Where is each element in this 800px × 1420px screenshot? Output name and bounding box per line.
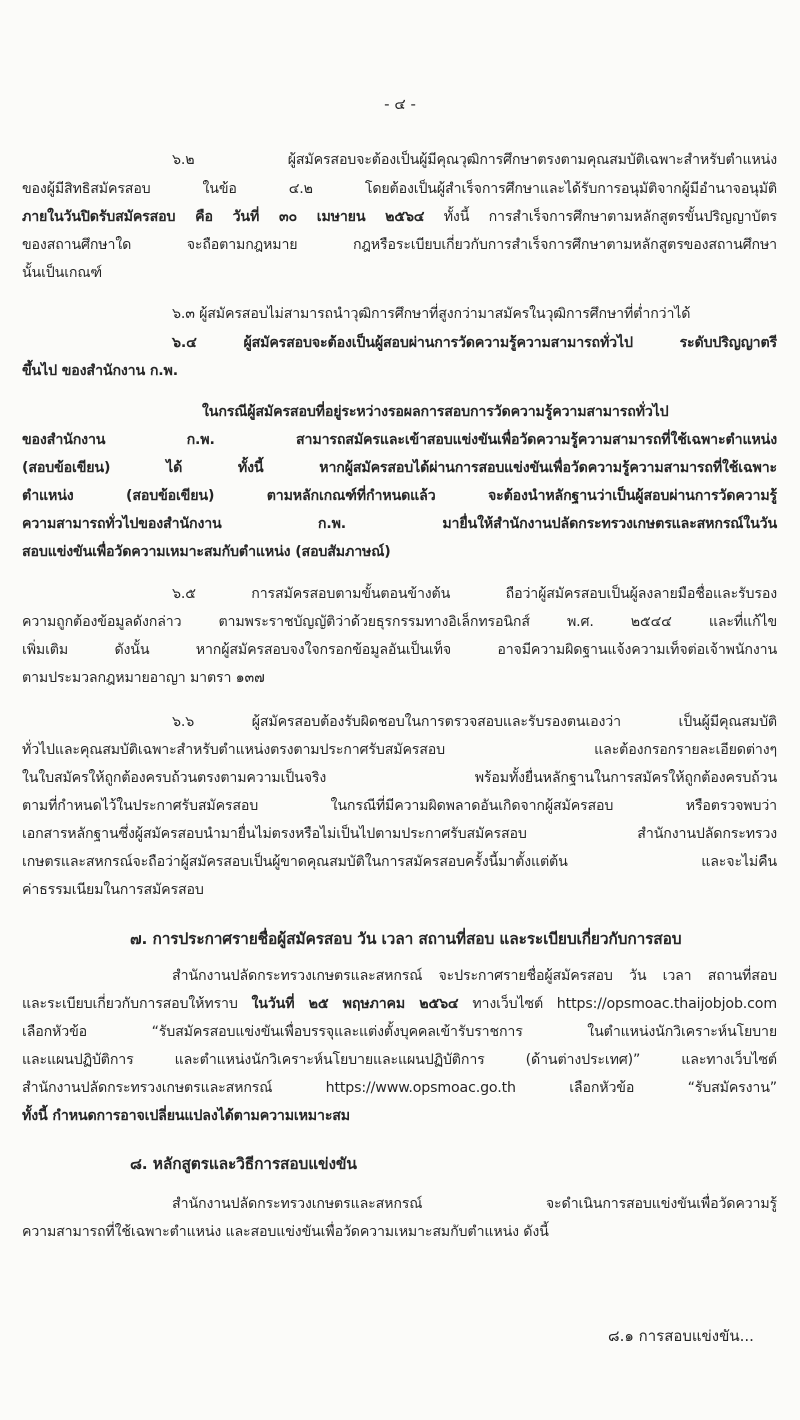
s6-4-sub-line-3: (สอบข้อเขียน) ได้ ทั้งนี้ หากผู้สมัครสอบ… (22, 454, 777, 482)
page-number: - ๔ - (0, 92, 800, 116)
s6-4-line-1: ๖.๔ ผู้สมัครสอบจะต้องเป็นผู้สอบผ่านการวั… (172, 329, 777, 357)
s6-2-line-2: ของผู้มีสิทธิสมัครสอบ ในข้อ ๔.๒ โดยต้องเ… (22, 175, 777, 203)
section-8-heading: ๘. หลักสูตรและวิธีการสอบแข่งขัน (130, 1150, 780, 1178)
announcement-date-bold: ในวันที่ ๒๕ พฤษภาคม ๒๕๖๔ (252, 996, 459, 1012)
s6-2-line-3: ภายในวันปิดรับสมัครสอบ คือ วันที่ ๓๐ เมษ… (22, 203, 777, 231)
s8-line-2: ความสามารถที่ใช้เฉพาะตำแหน่ง และสอบแข่งข… (22, 1218, 777, 1246)
s6-6-line-7: ค่าธรรมเนียมในการสมัครสอบ (22, 876, 777, 904)
deadline-bold: ภายในวันปิดรับสมัครสอบ คือ วันที่ ๓๐ เมษ… (22, 209, 424, 225)
s6-2-line-5: นั้นเป็นเกณฑ์ (22, 259, 777, 287)
s7-line-6: ทั้งนี้ กำหนดการอาจเปลี่ยนแปลงได้ตามความ… (22, 1102, 777, 1130)
s6-4-sub-line-1: ในกรณีผู้สมัครสอบที่อยู่ระหว่างรอผลการสอ… (202, 398, 777, 426)
s6-4-sub-line-5: ความสามารถทั่วไปของสำนักงาน ก.พ. มายื่นใ… (22, 510, 777, 538)
s7-line-4: และแผนปฏิบัติการ และตำแหน่งนักวิเคราะห์น… (22, 1046, 777, 1074)
s8-line-1: สำนักงานปลัดกระทรวงเกษตรและสหกรณ์ จะดำเน… (172, 1190, 777, 1218)
s6-2-line-4: ของสถานศึกษาใด จะถือตามกฎหมาย กฎหรือระเบ… (22, 231, 777, 259)
s7-line-2: และระเบียบเกี่ยวกับการสอบให้ทราบ ในวันที… (22, 990, 777, 1018)
thaijobjob-link[interactable]: ทางเว็บไซต์ https://opsmoac.thaijobjob.c… (459, 996, 777, 1012)
s7-line-3: เลือกหัวข้อ “รับสมัครสอบแข่งขันเพื่อบรรจ… (22, 1018, 777, 1046)
s6-3-text: ๖.๓ ผู้สมัครสอบไม่สามารถนำวุฒิการศึกษาที… (172, 300, 777, 328)
s6-4-sub-line-4: ตำแหน่ง (สอบข้อเขียน) ตามหลักเกณฑ์ที่กำห… (22, 482, 777, 510)
s7-line-1: สำนักงานปลัดกระทรวงเกษตรและสหกรณ์ จะประก… (172, 962, 777, 990)
s6-6-line-6: เกษตรและสหกรณ์จะถือว่าผู้สมัครสอบเป็นผู้… (22, 848, 777, 876)
s6-2-line-1: ๖.๒ ผู้สมัครสอบจะต้องเป็นผู้มีคุณวุฒิการ… (172, 146, 777, 174)
s6-4-sub-line-2: ของสำนักงาน ก.พ. สามารถสมัครและเข้าสอบแข… (22, 426, 777, 454)
s6-4-line-2: ขึ้นไป ของสำนักงาน ก.พ. (22, 357, 777, 385)
s6-5-line-4: ตามประมวลกฎหมายอาญา มาตรา ๑๓๗ (22, 664, 777, 692)
s6-6-line-5: เอกสารหลักฐานซึ่งผู้สมัครสอบนำมายื่นไม่ต… (22, 820, 777, 848)
s7-line-2-start: และระเบียบเกี่ยวกับการสอบให้ทราบ (22, 996, 252, 1012)
s6-4-sub-line-6: สอบแข่งขันเพื่อวัดความเหมาะสมกับตำแหน่ง … (22, 538, 777, 566)
s6-6-line-1: ๖.๖ ผู้สมัครสอบต้องรับผิดชอบในการตรวจสอบ… (172, 708, 777, 736)
s6-6-line-4: ตามที่กำหนดไว้ในประกาศรับสมัครสอบ ในกรณี… (22, 792, 777, 820)
s6-5-line-3: เพิ่มเติม ดังนั้น หากผู้สมัครสอบจงใจกรอก… (22, 636, 777, 664)
document-page: - ๔ - ๖.๒ ผู้สมัครสอบจะต้องเป็นผู้มีคุณว… (0, 0, 800, 1420)
s6-5-line-2: ความถูกต้องข้อมูลดังกล่าว ตามพระราชบัญญั… (22, 608, 777, 636)
s6-2-line-3-rest: ทั้งนี้ การสำเร็จการศึกษาตามหลักสูตรขั้น… (424, 209, 777, 225)
s6-5-line-1: ๖.๕ การสมัครสอบตามขั้นตอนข้างต้น ถือว่าผ… (172, 580, 777, 608)
s6-6-line-2: ทั่วไปและคุณสมบัติเฉพาะสำหรับตำแหน่งตรงต… (22, 736, 777, 764)
section-7-heading: ๗. การประกาศรายชื่อผู้สมัครสอบ วัน เวลา … (130, 925, 780, 953)
continuation-marker: ๘.๑ การสอบแข่งขัน... (608, 1322, 754, 1350)
s7-line-5: สำนักงานปลัดกระทรวงเกษตรและสหกรณ์ https:… (22, 1074, 777, 1102)
s6-6-line-3: ในใบสมัครให้ถูกต้องครบถ้วนตรงตามความเป็น… (22, 764, 777, 792)
